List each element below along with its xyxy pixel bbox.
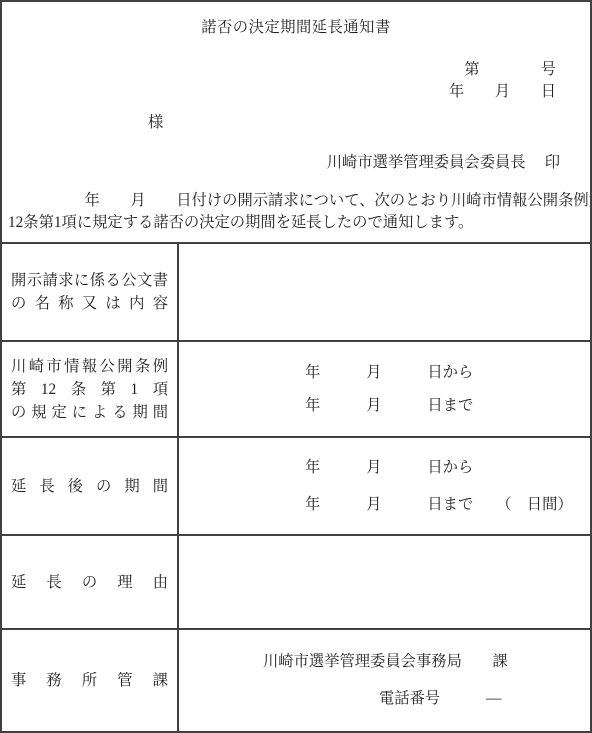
cell-statutory-period: 年 月 日から 年 月 日まで [179, 342, 590, 436]
label-line: 開示請求に係る公文書 [11, 269, 168, 292]
label-line: 第12条第1項 [11, 378, 168, 401]
notice-document-page: 諾否の決定期間延長通知書 第 号 年 月 日 様 川崎市選挙管理委員会委員長 印… [0, 0, 592, 733]
cell-extension-reason-blank [179, 536, 590, 628]
period-from-line: 年 月 日から [179, 364, 590, 382]
cell-document-name-blank [179, 244, 590, 340]
row-label-statutory-period: 川崎市情報公開条例 第12条第1項 の規定による期間 [2, 342, 179, 436]
body-paragraph: 年 月 日付けの開示請求について、次のとおり川崎市情報公開条例第 12条第1項に… [2, 190, 590, 234]
label-line: の規定による期間 [11, 401, 168, 424]
table-row-office-in-charge: 事務所管課 川崎市選挙管理委員会事務局 課 電話番号 ― [2, 628, 590, 731]
table-row-extended-period: 延長後の期間 年 月 日から 年 月 日まで （ 日間） [2, 436, 590, 534]
issuer-seal-line: 川崎市選挙管理委員会委員長 印 [2, 152, 590, 174]
cell-extended-period: 年 月 日から 年 月 日まで （ 日間） [179, 438, 590, 534]
table-row-document-name: 開示請求に係る公文書 の名称又は内容 [2, 242, 590, 340]
phone-number-line: 電話番号 ― [179, 690, 590, 708]
body-line-1: 年 月 日付けの開示請求について、次のとおり川崎市情報公開条例第 [8, 190, 588, 212]
period-to-line: 年 月 日まで [179, 397, 590, 415]
doc-date-line: 年 月 日 [2, 81, 590, 103]
doc-number-line: 第 号 [2, 59, 590, 81]
label-line: 川崎市情報公開条例 [11, 355, 168, 378]
page-title: 諾否の決定期間延長通知書 [2, 17, 590, 39]
body-line-2: 12条第1項に規定する諾否の決定の期間を延長したので通知します。 [8, 212, 588, 234]
office-name-line: 川崎市選挙管理委員会事務局 課 [179, 653, 590, 671]
row-label-extended-period: 延長後の期間 [2, 438, 179, 534]
table-row-statutory-period: 川崎市情報公開条例 第12条第1項 の規定による期間 年 月 日から 年 月 日… [2, 340, 590, 436]
label-line: 延長の理由 [11, 571, 168, 594]
label-line: 事務所管課 [11, 669, 168, 692]
cell-office-in-charge: 川崎市選挙管理委員会事務局 課 電話番号 ― [179, 630, 590, 731]
period-from-line: 年 月 日から [179, 459, 590, 477]
label-line: 延長後の期間 [11, 475, 168, 498]
row-label-extension-reason: 延長の理由 [2, 536, 179, 628]
addressee-line: 様 [2, 112, 590, 134]
table-row-extension-reason: 延長の理由 [2, 534, 590, 628]
row-label-document-name: 開示請求に係る公文書 の名称又は内容 [2, 244, 179, 340]
notice-table: 開示請求に係る公文書 の名称又は内容 川崎市情報公開条例 第12条第1項 の規定… [2, 242, 590, 731]
row-label-office-in-charge: 事務所管課 [2, 630, 179, 731]
label-line: の名称又は内容 [11, 292, 168, 315]
period-to-days-line: 年 月 日まで （ 日間） [179, 496, 590, 514]
